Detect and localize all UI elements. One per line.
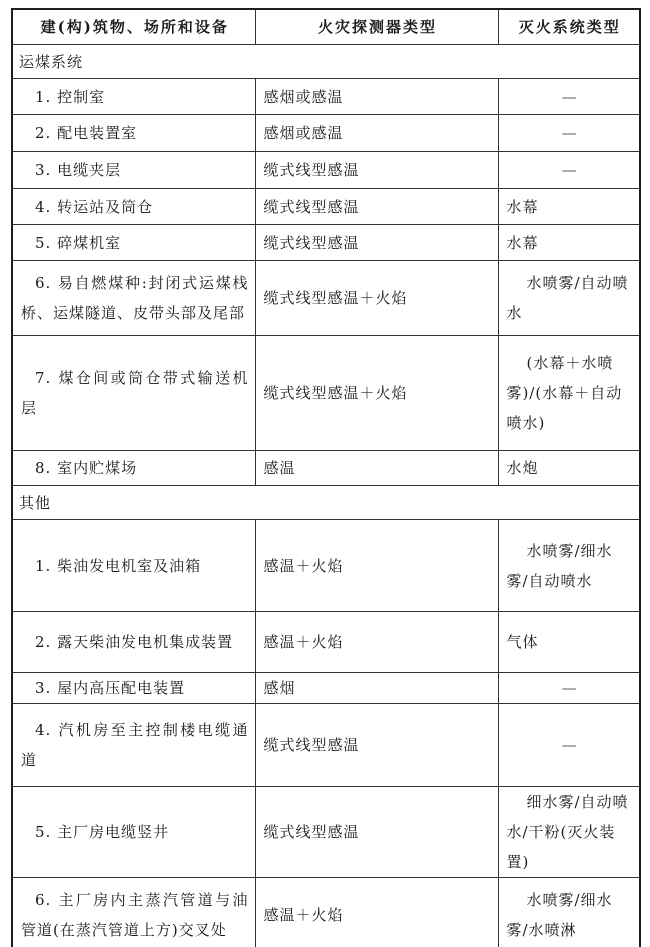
- table-row: 8. 室内贮煤场感温水炮: [12, 451, 640, 486]
- detector-cell: 感温＋火焰: [255, 612, 498, 673]
- table-row: 2. 配电装置室感烟或感温—: [12, 115, 640, 152]
- location-cell: 2. 配电装置室: [12, 115, 255, 152]
- detector-cell: 缆式线型感温: [255, 787, 498, 878]
- table-row: 6. 主厂房内主蒸汽管道与油管道(在蒸汽管道上方)交叉处感温＋火焰水喷雾/细水雾…: [12, 878, 640, 947]
- extinguisher-cell: 水喷雾/自动喷水: [498, 261, 640, 336]
- table-row: 4. 汽机房至主控制楼电缆通道缆式线型感温—: [12, 704, 640, 787]
- location-cell: 2. 露天柴油发电机集成装置: [12, 612, 255, 673]
- extinguisher-cell: 水喷雾/细水雾/自动喷水: [498, 520, 640, 612]
- location-cell: 3. 电缆夹层: [12, 152, 255, 189]
- table-row: 1. 柴油发电机室及油箱感温＋火焰水喷雾/细水雾/自动喷水: [12, 520, 640, 612]
- extinguisher-text: 细水雾/自动喷水/干粉(灭火装置): [507, 793, 629, 871]
- location-text: 3. 电缆夹层: [21, 161, 121, 179]
- location-cell: 1. 控制室: [12, 79, 255, 115]
- location-cell: 5. 碎煤机室: [12, 225, 255, 261]
- location-cell: 6. 易自燃煤种:封闭式运煤栈桥、运煤隧道、皮带头部及尾部: [12, 261, 255, 336]
- extinguisher-text: 水喷雾/细水雾/自动喷水: [507, 542, 613, 590]
- location-cell: 1. 柴油发电机室及油箱: [12, 520, 255, 612]
- extinguisher-text: —: [562, 124, 578, 142]
- header-building: 建(构)筑物、场所和设备: [12, 9, 255, 45]
- table-row: 6. 易自燃煤种:封闭式运煤栈桥、运煤隧道、皮带头部及尾部缆式线型感温＋火焰水喷…: [12, 261, 640, 336]
- table-row: 7. 煤仓间或筒仓带式输送机层缆式线型感温＋火焰(水幕＋水喷雾)/(水幕＋自动喷…: [12, 336, 640, 451]
- extinguisher-text: —: [562, 679, 578, 697]
- location-text: 2. 配电装置室: [21, 124, 137, 142]
- extinguisher-cell: —: [498, 115, 640, 152]
- detector-cell: 缆式线型感温: [255, 225, 498, 261]
- table-header-row: 建(构)筑物、场所和设备 火灾探测器类型 灭火系统类型: [12, 9, 640, 45]
- extinguisher-cell: 气体: [498, 612, 640, 673]
- location-text: 4. 转运站及筒仓: [21, 198, 153, 216]
- detector-cell: 感烟或感温: [255, 79, 498, 115]
- extinguisher-text: 水炮: [507, 459, 539, 477]
- location-cell: 8. 室内贮煤场: [12, 451, 255, 486]
- location-cell: 4. 转运站及筒仓: [12, 189, 255, 225]
- detector-cell: 缆式线型感温: [255, 704, 498, 787]
- extinguisher-cell: 水幕: [498, 189, 640, 225]
- detector-cell: 缆式线型感温: [255, 189, 498, 225]
- extinguisher-text: 水喷雾/自动喷水: [507, 274, 629, 322]
- detector-cell: 感烟: [255, 673, 498, 704]
- detector-cell: 感温: [255, 451, 498, 486]
- section-row: 运煤系统: [12, 45, 640, 79]
- extinguisher-text: 水喷雾/细水雾/水喷淋: [507, 891, 613, 939]
- location-text: 7. 煤仓间或筒仓带式输送机层: [21, 369, 249, 417]
- extinguisher-cell: 水幕: [498, 225, 640, 261]
- extinguisher-cell: 水炮: [498, 451, 640, 486]
- extinguisher-text: (水幕＋水喷雾)/(水幕＋自动喷水): [507, 354, 623, 432]
- extinguisher-text: —: [562, 88, 578, 106]
- extinguisher-text: —: [562, 736, 578, 754]
- location-text: 5. 碎煤机室: [21, 234, 121, 252]
- detector-cell: 感温＋火焰: [255, 878, 498, 947]
- location-text: 1. 柴油发电机室及油箱: [21, 557, 201, 575]
- detector-cell: 缆式线型感温＋火焰: [255, 261, 498, 336]
- table-row: 1. 控制室感烟或感温—: [12, 79, 640, 115]
- detector-cell: 缆式线型感温: [255, 152, 498, 189]
- location-cell: 7. 煤仓间或筒仓带式输送机层: [12, 336, 255, 451]
- table-body: 运煤系统1. 控制室感烟或感温—2. 配电装置室感烟或感温—3. 电缆夹层缆式线…: [12, 45, 640, 947]
- header-detector-type: 火灾探测器类型: [255, 9, 498, 45]
- section-title: 其他: [12, 486, 640, 520]
- table-row: 4. 转运站及筒仓缆式线型感温水幕: [12, 189, 640, 225]
- table-row: 5. 碎煤机室缆式线型感温水幕: [12, 225, 640, 261]
- extinguisher-text: 气体: [507, 633, 539, 651]
- location-text: 1. 控制室: [21, 88, 105, 106]
- location-text: 6. 易自燃煤种:封闭式运煤栈桥、运煤隧道、皮带头部及尾部: [21, 274, 249, 322]
- section-title: 运煤系统: [12, 45, 640, 79]
- extinguisher-text: 水幕: [507, 234, 539, 252]
- table-row: 2. 露天柴油发电机集成装置感温＋火焰气体: [12, 612, 640, 673]
- location-cell: 3. 屋内高压配电装置: [12, 673, 255, 704]
- extinguisher-cell: 细水雾/自动喷水/干粉(灭火装置): [498, 787, 640, 878]
- location-text: 8. 室内贮煤场: [21, 459, 137, 477]
- detector-cell: 感温＋火焰: [255, 520, 498, 612]
- extinguisher-cell: —: [498, 704, 640, 787]
- extinguisher-text: 水幕: [507, 198, 539, 216]
- extinguisher-cell: (水幕＋水喷雾)/(水幕＋自动喷水): [498, 336, 640, 451]
- extinguisher-cell: —: [498, 79, 640, 115]
- location-text: 6. 主厂房内主蒸汽管道与油管道(在蒸汽管道上方)交叉处: [21, 891, 249, 939]
- table-row: 3. 屋内高压配电装置感烟—: [12, 673, 640, 704]
- location-text: 5. 主厂房电缆竖井: [21, 823, 169, 841]
- extinguisher-cell: —: [498, 673, 640, 704]
- location-cell: 4. 汽机房至主控制楼电缆通道: [12, 704, 255, 787]
- extinguisher-cell: 水喷雾/细水雾/水喷淋: [498, 878, 640, 947]
- table-row: 5. 主厂房电缆竖井缆式线型感温细水雾/自动喷水/干粉(灭火装置): [12, 787, 640, 878]
- location-text: 4. 汽机房至主控制楼电缆通道: [21, 721, 249, 769]
- location-text: 3. 屋内高压配电装置: [21, 679, 185, 697]
- extinguisher-cell: —: [498, 152, 640, 189]
- section-row: 其他: [12, 486, 640, 520]
- extinguisher-text: —: [562, 161, 578, 179]
- location-cell: 6. 主厂房内主蒸汽管道与油管道(在蒸汽管道上方)交叉处: [12, 878, 255, 947]
- location-text: 2. 露天柴油发电机集成装置: [21, 633, 233, 651]
- detector-cell: 感烟或感温: [255, 115, 498, 152]
- header-extinguishing-system: 灭火系统类型: [498, 9, 640, 45]
- table-row: 3. 电缆夹层缆式线型感温—: [12, 152, 640, 189]
- detector-cell: 缆式线型感温＋火焰: [255, 336, 498, 451]
- location-cell: 5. 主厂房电缆竖井: [12, 787, 255, 878]
- fire-detection-table: 建(构)筑物、场所和设备 火灾探测器类型 灭火系统类型 运煤系统1. 控制室感烟…: [11, 8, 641, 947]
